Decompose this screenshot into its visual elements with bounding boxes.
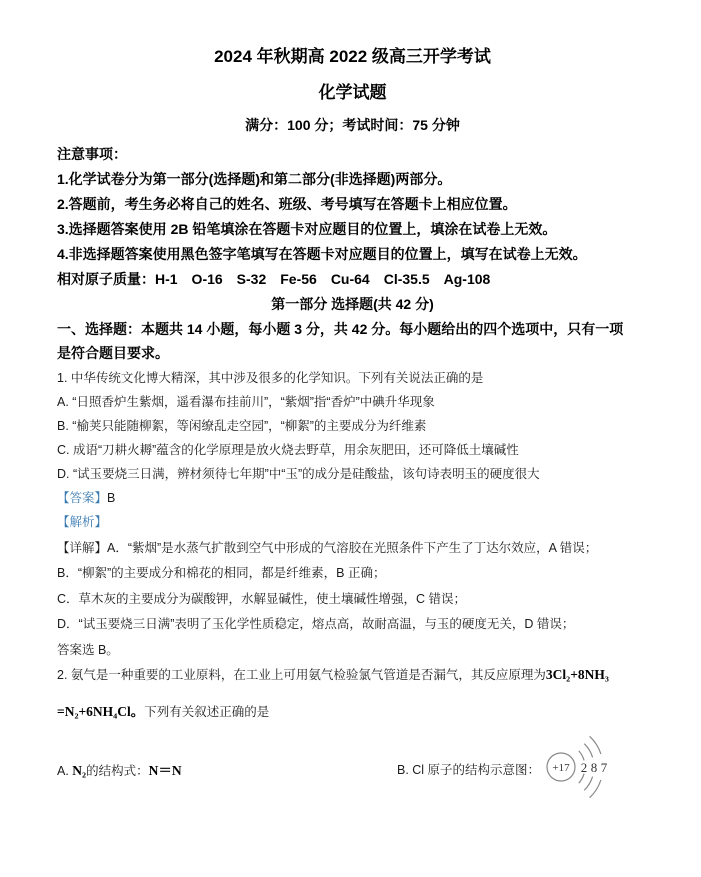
detail-line-a: 【详解】A．“紫烟”是水蒸气扩散到空气中形成的气溶胶在光照条件下产生了丁达尔效应… — [57, 536, 648, 562]
shell-arc-3-upper — [590, 736, 601, 754]
question-1-stem: 1. 中华传统文化博大精深，其中涉及很多的化学知识。下列有关说法正确的是 — [57, 366, 648, 390]
question-2-option-b: B. Cl 原子的结构示意图： +17 2 8 7 — [397, 738, 644, 800]
question-2-stem-line-1: 2. 氨气是一种重要的工业原料，在工业上可用氨气检验氯气管道是否漏气，其反应原理… — [57, 663, 648, 687]
answer-line: 【答案】B — [57, 486, 648, 510]
exam-page: 2024 年秋期高 2022 级高三开学考试 化学试题 满分：100 分；考试时… — [0, 0, 701, 877]
exam-subject: 化学试题 — [57, 82, 648, 103]
part-heading: 第一部分 选择题(共 42 分) — [57, 292, 648, 317]
option-b-label: B. Cl 原子的结构示意图： — [397, 760, 540, 778]
atom-nucleus-charge: +17 — [552, 762, 570, 774]
answer-label: 【答案】 — [57, 491, 107, 505]
analysis-label: 【解析】 — [57, 515, 107, 529]
notice-heading: 注意事项： — [57, 142, 648, 167]
exam-title: 2024 年秋期高 2022 级高三开学考试 — [57, 46, 648, 67]
answer-value: B — [107, 491, 115, 505]
detail-label: 【详解】 — [57, 541, 107, 555]
shell-arc-2-lower — [584, 776, 592, 790]
option-a-label: A. — [57, 764, 72, 778]
option-a-formula: N₂ — [72, 763, 86, 778]
option-a-text: 的结构式： — [86, 764, 149, 778]
shell-arc-1-upper — [579, 750, 584, 760]
question-1-option-c: C. 成语“刀耕火耨”蕴含的化学原理是放火烧去野草，用余灰肥田，还可降低土壤碱性 — [57, 438, 648, 462]
notice-item-1: 1.化学试卷分为第一部分(选择题)和第二部分(非选择题)两部分。 — [57, 167, 648, 192]
shell-arc-3-lower — [590, 780, 601, 798]
detail-line-c: C．草木灰的主要成分为碳酸钾，水解显碱性，使土壤碱性增强，C 错误； — [57, 587, 648, 613]
question-1-option-a: A. “日照香炉生紫烟，遥看瀑布挂前川”，“紫烟”指“香炉”中碘升华现象 — [57, 390, 648, 414]
shell-arc-1-lower — [579, 773, 584, 783]
detail-text-a: A．“紫烟”是水蒸气扩散到空气中形成的气溶胶在光照条件下产生了丁达尔效应，A 错… — [107, 541, 597, 555]
conclusion-line: 答案选 B。 — [57, 638, 648, 662]
option-a-structure: N＝N — [149, 763, 182, 778]
question-1-option-d: D. “试玉要烧三日满，辨材须待七年期”中“玉”的成分是硅酸盐，该句诗表明玉的硬… — [57, 462, 648, 486]
notice-item-3: 3.选择题答案使用 2B 铅笔填涂在答题卡对应题目的位置上，填涂在试卷上无效。 — [57, 217, 648, 242]
question-2-formula-part-1: 3Cl₂+8NH₃ — [546, 667, 609, 682]
notice-item-2: 2.答题前，考生务必将自己的姓名、班级、考号填写在答题卡上相应位置。 — [57, 192, 648, 217]
detail-line-d: D．“试玉要烧三日满”表明了玉化学性质稳定，熔点高，故耐高温，与玉的硬度无关，D… — [57, 612, 648, 638]
question-2-options-row: A. N₂的结构式：N＝N B. Cl 原子的结构示意图： +17 2 8 7 — [57, 738, 648, 800]
question-2-stem-text-2: 下列有关叙述正确的是 — [144, 705, 269, 719]
question-2-formula-part-2: =N₂+6NH₄Cl。 — [57, 704, 144, 719]
section-intro-line-2: 是符合题目要求。 — [57, 341, 648, 365]
shell-electron-count-3: 7 — [601, 760, 608, 775]
exam-info: 满分：100 分；考试时间：75 分钟 — [57, 117, 648, 134]
question-2-stem-line-2: =N₂+6NH₄Cl。下列有关叙述正确的是 — [57, 700, 648, 724]
detail-line-b: B．“柳絮”的主要成分和棉花的相同，都是纤维素，B 正确； — [57, 561, 648, 587]
question-1-option-b: B. “榆荚只能随柳絮，等闲缭乱走空园”，“柳絮”的主要成分为纤维素 — [57, 414, 648, 438]
shell-arc-2-upper — [584, 743, 592, 757]
shell-electron-count-1: 2 — [581, 760, 588, 775]
question-2-stem-text: 2. 氨气是一种重要的工业原料，在工业上可用氨气检验氯气管道是否漏气，其反应原理… — [57, 668, 546, 682]
chlorine-atom-diagram-icon: +17 2 8 7 — [544, 734, 644, 800]
notice-item-4: 4.非选择题答案使用黑色签字笔填写在答题卡对应题目的位置上，填写在试卷上无效。 — [57, 242, 648, 267]
analysis-line: 【解析】 — [57, 510, 648, 536]
atomic-mass-line: 相对原子质量：H-1 O-16 S-32 Fe-56 Cu-64 Cl-35.5… — [57, 267, 648, 292]
shell-electron-count-2: 8 — [591, 760, 598, 775]
question-2-option-a: A. N₂的结构式：N＝N — [57, 759, 397, 779]
section-intro-line-1: 一、选择题：本题共 14 小题，每小题 3 分，共 42 分。每小题给出的四个选… — [57, 317, 648, 341]
